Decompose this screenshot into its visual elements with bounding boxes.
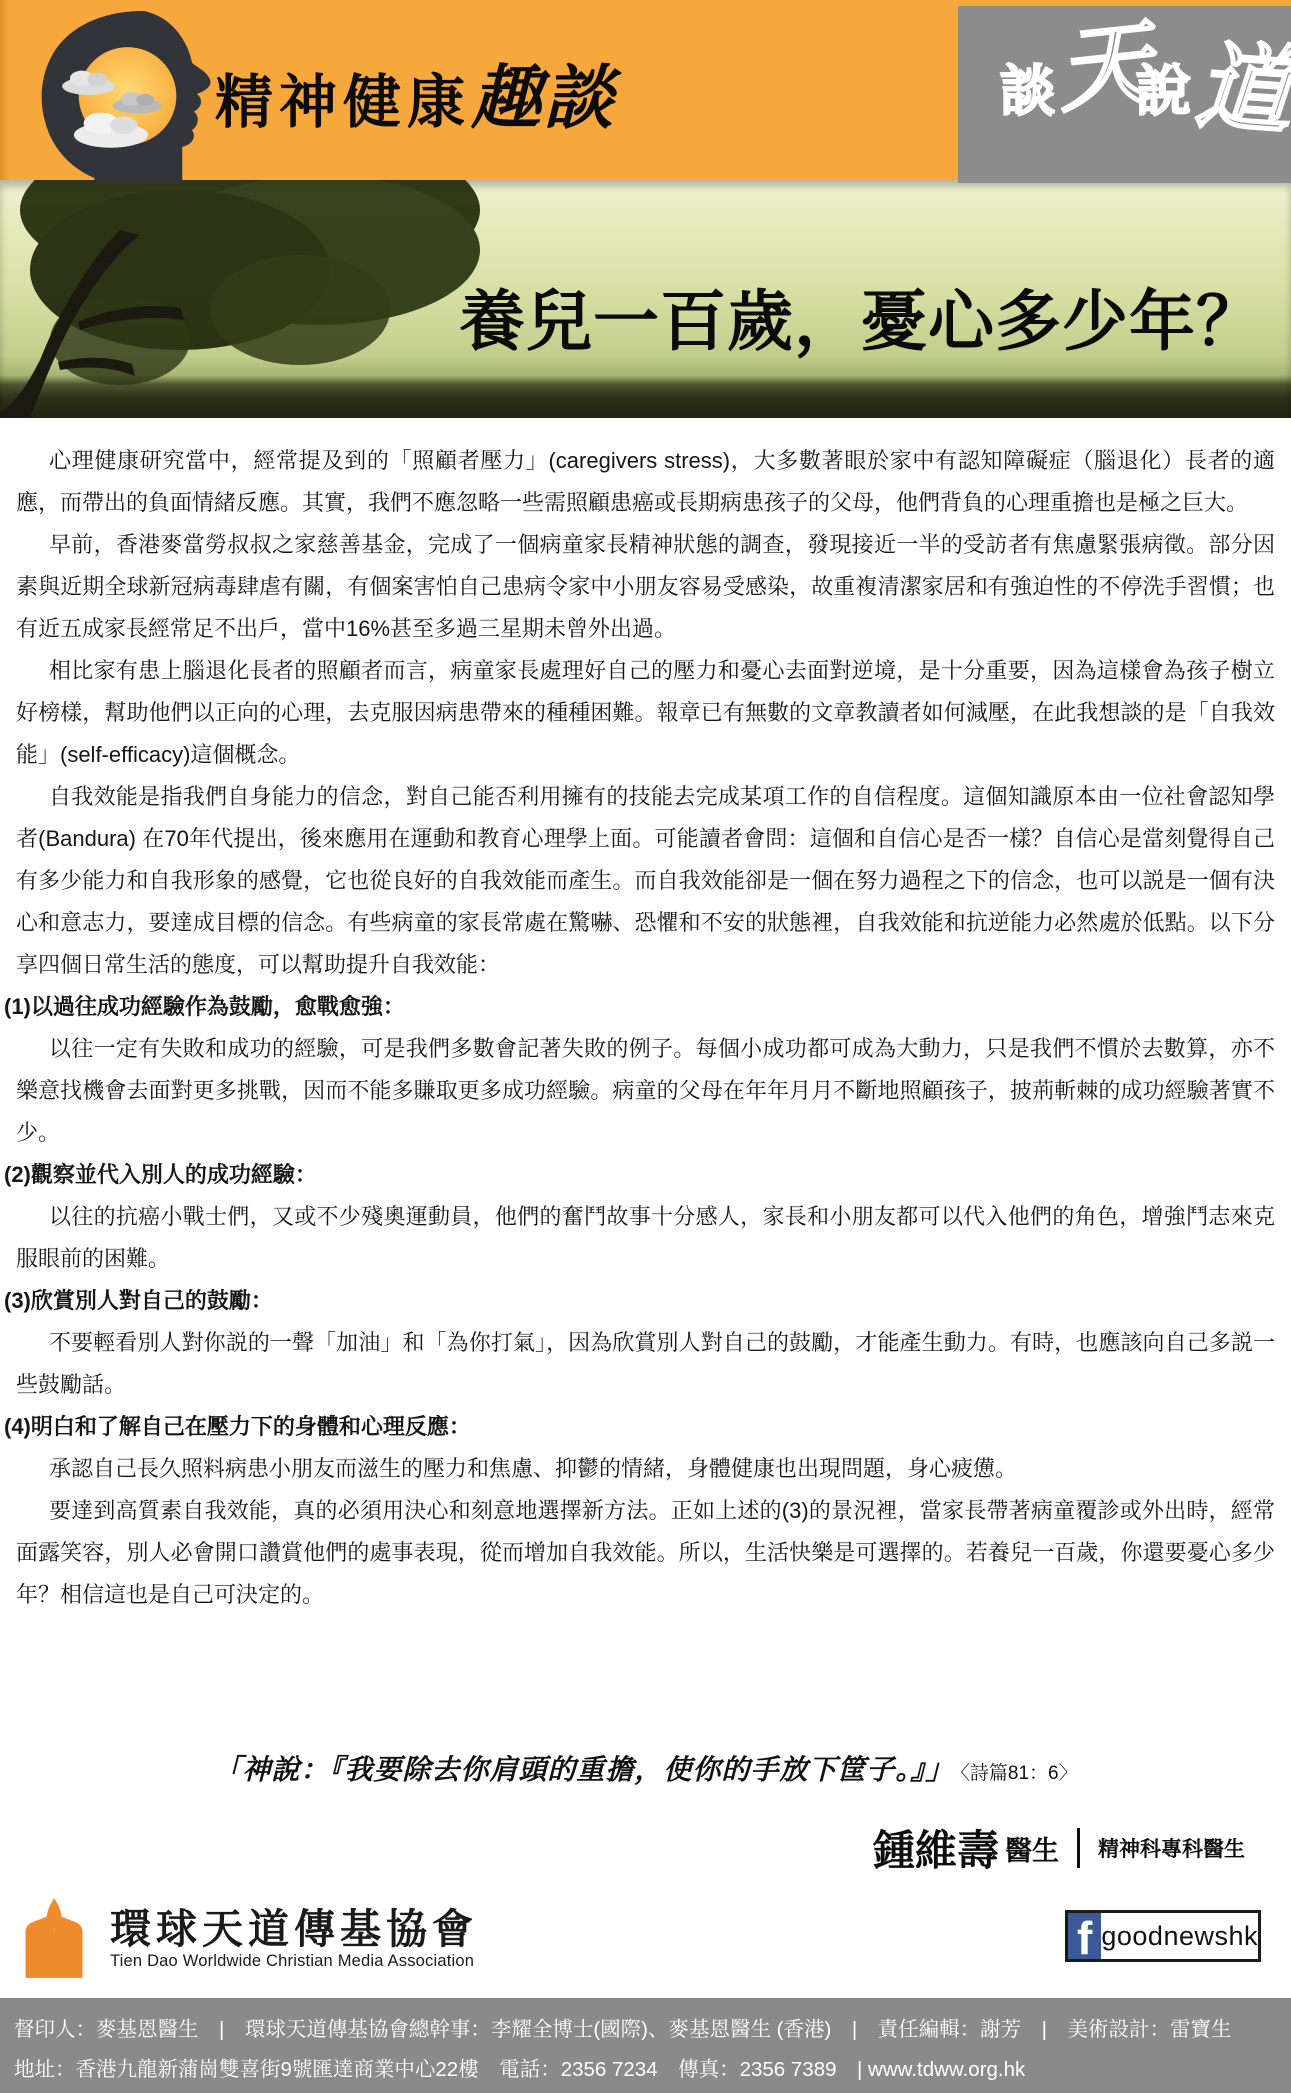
- footer: 環球天道傳基協會 Tien Dao Worldwide Christian Me…: [0, 1882, 1291, 1998]
- candle-flame-icon: [16, 1896, 92, 1980]
- header: 精神健康趣談 談 天 說 道: [0, 0, 1291, 180]
- organization-name: 環球天道傳基協會 Tien Dao Worldwide Christian Me…: [110, 1906, 478, 1971]
- bible-verse: 「神說：『我要除去你肩頭的重擔，使你的手放下筐子。』」〈詩篇81：6〉: [0, 1748, 1291, 1814]
- author-suffix: 醫生: [1005, 1829, 1059, 1868]
- facebook-icon: f: [1068, 1913, 1101, 1959]
- section-heading: (2)觀察並代入別人的成功經驗：: [4, 1154, 1275, 1196]
- section-heading: (3)欣賞別人對自己的鼓勵：: [4, 1280, 1275, 1322]
- body-paragraph: 不要輕看別人對你説的一聲「加油」和「為你打氣」，因為欣賞別人對自己的鼓勵，才能產…: [16, 1322, 1275, 1406]
- tan-tian-shuo-dao-stamp: 談 天 說 道: [958, 6, 1291, 183]
- credits-address: 地址：香港九龍新蒲崗雙喜街9號匯達商業中心22樓 電話：2356 7234 傳真…: [14, 2058, 862, 2081]
- page-title: 精神健康趣談: [215, 42, 615, 143]
- section-heading: (1)以過往成功經驗作為鼓勵，愈戰愈強：: [4, 986, 1275, 1028]
- body-paragraph: 自我效能是指我們自身能力的信念，對自己能否利用擁有的技能去完成某項工作的自信程度…: [16, 776, 1275, 986]
- stamp-char: 道: [1193, 39, 1291, 141]
- head-silhouette-icon: [28, 6, 233, 184]
- credits-line-1: 督印人：麥基恩醫生 | 環球天道傳基協會總幹事：李耀全博士(國際)、麥基恩醫生 …: [14, 2010, 1277, 2050]
- article-body: 心理健康研究當中，經常提及到的「照顧者壓力」(caregivers stress…: [0, 418, 1291, 1742]
- banner-photo: 養兒一百歲，憂心多少年？: [0, 180, 1291, 418]
- stamp-char: 談: [1000, 64, 1055, 119]
- verse-reference: 〈詩篇81：6〉: [960, 1763, 1077, 1784]
- body-paragraph: 以往的抗癌小戰士們，又或不少殘奧運動員，他們的奮鬥故事十分感人，家長和小朋友都可…: [16, 1196, 1275, 1280]
- facebook-handle: goodnewshk: [1101, 1913, 1258, 1959]
- body-paragraph: 心理健康研究當中，經常提及到的「照顧者壓力」(caregivers stress…: [16, 440, 1275, 524]
- divider: [1077, 1828, 1080, 1868]
- stamp-char: 說: [1136, 64, 1191, 119]
- author-signature: 鍾維壽 醫生 精神科專科醫生: [0, 1814, 1291, 1882]
- organization-name-en: Tien Dao Worldwide Christian Media Assoc…: [110, 1952, 478, 1971]
- body-paragraph: 相比家有患上腦退化長者的照顧者而言，病童家長處理好自己的壓力和憂心去面對逆境，是…: [16, 650, 1275, 776]
- body-paragraph: 承認自己長久照料病患小朋友而滋生的壓力和焦慮、抑鬱的情緒，身體健康也出現問題，身…: [16, 1448, 1275, 1490]
- section-heading: (4)明白和了解自己在壓力下的身體和心理反應：: [4, 1406, 1275, 1448]
- body-paragraph: 早前，香港麥當勞叔叔之家慈善基金，完成了一個病童家長精神狀態的調查，發現接近一半…: [16, 524, 1275, 650]
- author-job-title: 精神科專科醫生: [1098, 1833, 1245, 1863]
- author-name: 鍾維壽: [873, 1818, 999, 1878]
- verse-text: 「神說：『我要除去你肩頭的重擔，使你的手放下筐子。』」: [213, 1754, 954, 1785]
- body-paragraph: 以往一定有失敗和成功的經驗，可是我們多數會記著失敗的例子。每個小成功都可成為大動…: [16, 1028, 1275, 1154]
- organization-name-zh: 環球天道傳基協會: [110, 1906, 478, 1952]
- page-title-regular: 精神健康: [215, 70, 471, 135]
- facebook-badge[interactable]: f goodnewshk: [1065, 1910, 1261, 1962]
- body-paragraph: 要達到高質素自我效能，真的必須用決心和刻意地選擇新方法。正如上述的(3)的景況裡…: [16, 1490, 1275, 1616]
- article-headline: 養兒一百歲，憂心多少年？: [459, 268, 1263, 363]
- page-title-italic: 趣談: [471, 61, 615, 138]
- credits-line-2: 地址：香港九龍新蒲崗雙喜街9號匯達商業中心22樓 電話：2356 7234 傳真…: [14, 2050, 1277, 2090]
- credits-bar: 督印人：麥基恩醫生 | 環球天道傳基協會總幹事：李耀全博士(國際)、麥基恩醫生 …: [0, 1998, 1291, 2093]
- website-link[interactable]: www.tdww.org.hk: [868, 2058, 1025, 2081]
